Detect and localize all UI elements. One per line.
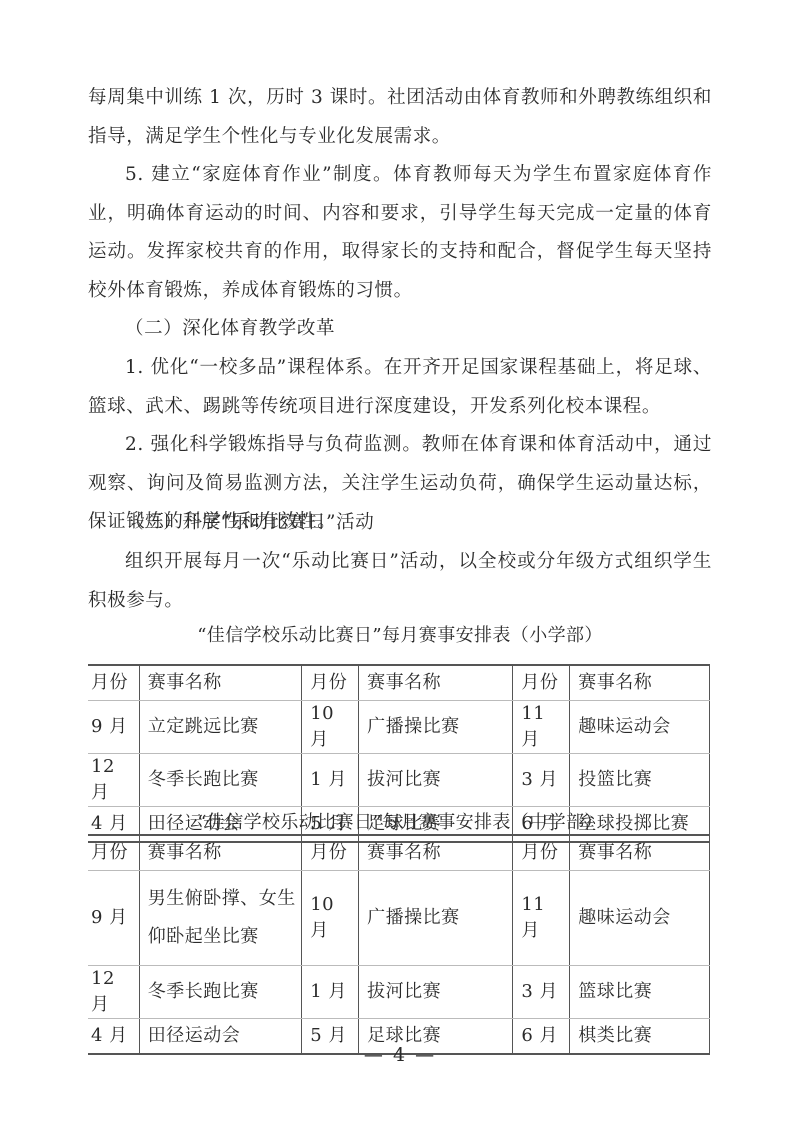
header-cell: 赛事名称 [359, 835, 513, 871]
table-header-row: 月份 赛事名称 月份 赛事名称 月份 赛事名称 [88, 665, 710, 701]
header-cell: 月份 [513, 835, 570, 871]
event-cell: 趣味运动会 [570, 871, 710, 966]
table-row: 12 月 冬季长跑比赛 1 月 拔河比赛 3 月 投篮比赛 [88, 754, 710, 807]
page-number: — 4 — [0, 1044, 800, 1066]
schedule-table-middle-school: 月份 赛事名称 月份 赛事名称 月份 赛事名称 9 月 男生俯卧撑、女生仰卧起坐… [88, 834, 710, 1055]
event-cell: 投篮比赛 [570, 754, 710, 807]
event-cell: 冬季长跑比赛 [139, 966, 301, 1019]
header-cell: 月份 [88, 665, 139, 701]
month-cell: 1 月 [302, 966, 359, 1019]
section-heading-2: （二）深化体育教学改革 [125, 310, 335, 349]
header-cell: 月份 [302, 835, 359, 871]
paragraph-club-training: 每周集中训练 1 次，历时 3 课时。社团活动由体育教师和外聘教练组织和指导，满… [88, 79, 712, 156]
month-cell: 11 月 [513, 871, 570, 966]
month-cell: 12 月 [88, 754, 139, 807]
month-cell: 1 月 [302, 754, 359, 807]
header-cell: 赛事名称 [570, 665, 710, 701]
month-cell: 11 月 [513, 701, 570, 754]
header-cell: 赛事名称 [570, 835, 710, 871]
month-cell: 3 月 [513, 754, 570, 807]
event-cell: 篮球比赛 [570, 966, 710, 1019]
document-page: 每周集中训练 1 次，历时 3 课时。社团活动由体育教师和外聘教练组织和指导，满… [0, 0, 800, 1131]
paragraph-curriculum-system: 1. 优化“一校多品”课程体系。在开齐开足国家课程基础上，将足球、篮球、武术、踢… [88, 349, 712, 426]
month-cell: 10 月 [302, 871, 359, 966]
header-cell: 月份 [302, 665, 359, 701]
month-cell: 3 月 [513, 966, 570, 1019]
header-cell: 赛事名称 [139, 835, 301, 871]
header-cell: 赛事名称 [139, 665, 301, 701]
table-title-primary: “佳信学校乐动比赛日”每月赛事安排表（小学部） [88, 621, 712, 647]
month-cell: 12 月 [88, 966, 139, 1019]
table-row: 12 月 冬季长跑比赛 1 月 拔河比赛 3 月 篮球比赛 [88, 966, 710, 1019]
event-cell: 立定跳远比赛 [139, 701, 301, 754]
paragraph-home-pe-homework: 5. 建立“家庭体育作业”制度。体育教师每天为学生布置家庭体育作业，明确体育运动… [88, 156, 712, 310]
event-cell: 男生俯卧撑、女生仰卧起坐比赛 [139, 871, 301, 966]
header-cell: 月份 [513, 665, 570, 701]
event-cell: 趣味运动会 [570, 701, 710, 754]
month-cell: 9 月 [88, 701, 139, 754]
month-cell: 9 月 [88, 871, 139, 966]
table-title-middle-school: “佳信学校乐动比赛日”每月赛事安排表（中学部） [88, 808, 712, 834]
event-cell: 广播操比赛 [359, 871, 513, 966]
month-cell: 10 月 [302, 701, 359, 754]
section-heading-3: （三）开展“乐动比赛日”活动 [125, 504, 374, 543]
event-cell: 拔河比赛 [359, 966, 513, 1019]
table-row: 9 月 男生俯卧撑、女生仰卧起坐比赛 10 月 广播操比赛 11 月 趣味运动会 [88, 871, 710, 966]
paragraph-competition-day: 组织开展每月一次“乐动比赛日”活动，以全校或分年级方式组织学生积极参与。 [88, 543, 712, 620]
event-cell: 广播操比赛 [359, 701, 513, 754]
header-cell: 月份 [88, 835, 139, 871]
table-row: 9 月 立定跳远比赛 10 月 广播操比赛 11 月 趣味运动会 [88, 701, 710, 754]
event-cell: 冬季长跑比赛 [139, 754, 301, 807]
event-cell: 拔河比赛 [359, 754, 513, 807]
table-header-row: 月份 赛事名称 月份 赛事名称 月份 赛事名称 [88, 835, 710, 871]
header-cell: 赛事名称 [359, 665, 513, 701]
